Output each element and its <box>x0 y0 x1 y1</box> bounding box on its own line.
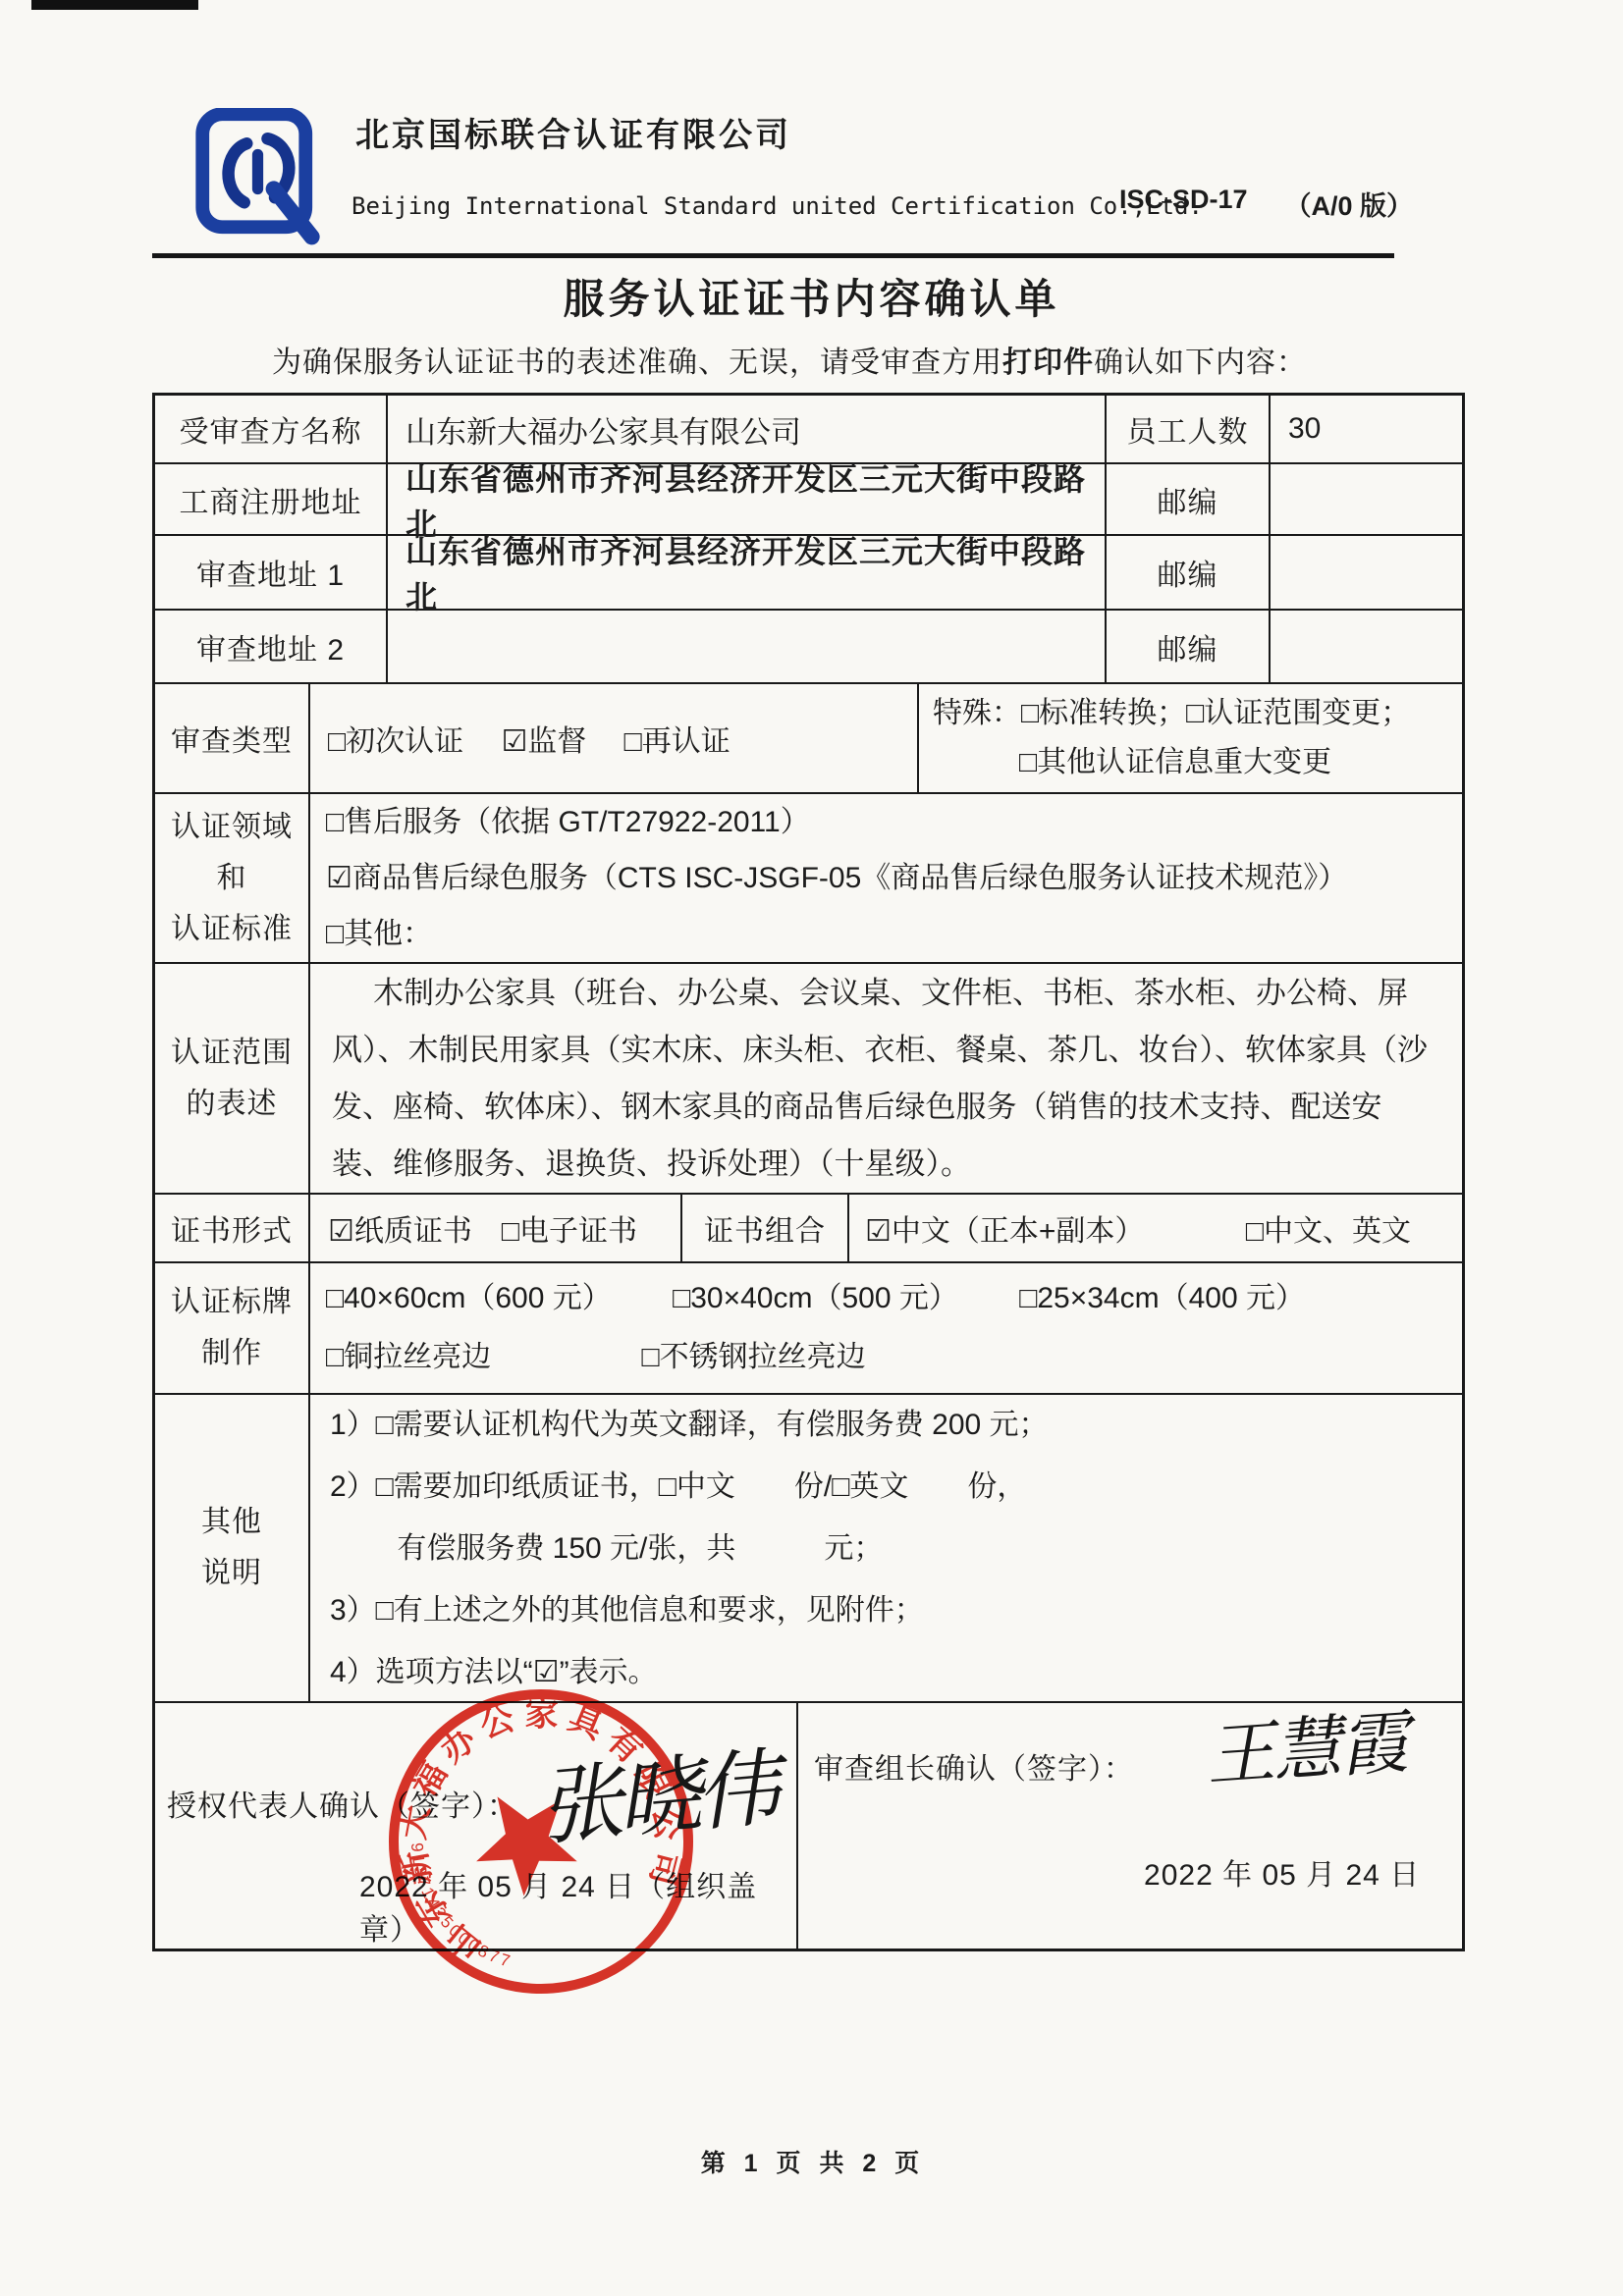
audit-type-checkbox-options: □初次认证 ☑监督 □再认证 <box>308 684 917 792</box>
plate-option-30x40: □30×40cm（500 元） <box>673 1282 958 1314</box>
field-label-registered-address: 工商注册地址 <box>155 464 386 534</box>
audit-type-special-options: 特殊：□标准转换；□认证范围变更； □其他认证信息重大变更 <box>917 684 1462 792</box>
field-label-audit-address-2: 审查地址 2 <box>155 611 386 682</box>
standard-option-other: □其他： <box>326 906 432 962</box>
plate-edge-options: □铜拉丝亮边 □不锈钢拉丝亮边 <box>326 1328 866 1387</box>
company-name-en: Beijing International Standard united Ce… <box>352 192 1203 220</box>
label-line: 说明 <box>201 1548 262 1599</box>
label-line: 其他 <box>201 1497 262 1548</box>
certificate-combo-options: ☑中文（正本+副本） □中文、英文 <box>847 1195 1462 1261</box>
note-line-1: 1）□需要认证机构代为英文翻译，有偿服务费 200 元； <box>330 1394 1049 1456</box>
document-code: ISC-SD-17 （A/0 版） <box>1119 185 1413 223</box>
plate-option-25x34: □25×34cm（400 元） <box>1019 1282 1305 1314</box>
certification-body-logo-icon <box>185 108 336 245</box>
combo-option-chinese: ☑中文（正本+副本） <box>865 1206 1144 1250</box>
table-row-registered-address: 工商注册地址 山东省德州市齐河县经济开发区三元大街中段路北 邮编 <box>155 462 1462 534</box>
field-label-audit-type: 审查类型 <box>155 684 308 792</box>
special-options-line-1: 特殊：□标准转换；□认证范围变更； <box>933 689 1410 738</box>
audit-team-leader-date: 2022 年 05 月 24 日 <box>1144 1850 1420 1894</box>
note-line-3: 有偿服务费 150 元/张，共 元； <box>330 1518 883 1579</box>
intro-pre: 为确保服务认证证书的表述准确、无误，请受审查方用 <box>272 347 1002 379</box>
label-line: 认证范围 <box>171 1028 293 1079</box>
plate-options: □40×60cm（600 元） □30×40cm（500 元） □25×34cm… <box>308 1263 1462 1393</box>
certificate-form-options: ☑纸质证书 □电子证书 <box>308 1195 680 1261</box>
label-line: 认证标牌 <box>171 1277 293 1328</box>
field-label-certificate-combo: 证书组合 <box>680 1195 847 1261</box>
field-value-audit-address-2 <box>386 611 1105 682</box>
certification-standard-options: □售后服务（依据 GT/T27922-2011） ☑商品售后绿色服务（CTS I… <box>308 794 1462 962</box>
field-label-auditee-name: 受审查方名称 <box>155 396 386 462</box>
standard-option-green-service: ☑商品售后绿色服务（CTS ISC-JSGF-05《商品售后绿色服务认证技术规范… <box>326 850 1347 906</box>
field-label-postcode-3: 邮编 <box>1105 611 1269 682</box>
note-line-2: 2）□需要加印纸质证书，□中文 份/□英文 份， <box>330 1456 1026 1518</box>
label-line: 的表述 <box>187 1079 278 1130</box>
doc-version: （A/0 版） <box>1285 185 1414 223</box>
label-line: 认证标准 <box>171 904 293 955</box>
field-value-audit-address-1: 山东省德州市齐河县经济开发区三元大街中段路北 <box>386 536 1105 609</box>
field-value-postcode-2 <box>1269 536 1462 609</box>
doc-code: ISC-SD-17 <box>1119 185 1248 223</box>
field-value-employee-count: 30 <box>1269 396 1462 462</box>
field-label-other-notes: 其他 说明 <box>155 1395 308 1701</box>
field-label-postcode-1: 邮编 <box>1105 464 1269 534</box>
intro-bold: 打印件 <box>1002 347 1094 379</box>
field-value-auditee-name: 山东新大福办公家具有限公司 <box>386 396 1105 462</box>
table-row-plate-making: 认证标牌 制作 □40×60cm（600 元） □30×40cm（500 元） … <box>155 1261 1462 1393</box>
field-label-audit-address-1: 审查地址 1 <box>155 536 386 609</box>
table-row-certification-scope: 认证范围 的表述 木制办公家具（班台、办公桌、会议桌、文件柜、书柜、茶水柜、办公… <box>155 962 1462 1193</box>
plate-option-40x60: □40×60cm（600 元） <box>326 1282 612 1314</box>
field-value-registered-address: 山东省德州市齐河县经济开发区三元大街中段路北 <box>386 464 1105 534</box>
plate-option-copper-edge: □铜拉丝亮边 <box>326 1341 491 1373</box>
page-number: 第 1 页 共 2 页 <box>0 2144 1623 2179</box>
plate-size-options: □40×60cm（600 元） □30×40cm（500 元） □25×34cm… <box>326 1269 1305 1328</box>
header-divider <box>152 253 1394 258</box>
label-line: 和 <box>217 853 247 904</box>
field-label-certificate-form: 证书形式 <box>155 1195 308 1261</box>
authorized-representative-signature: 张晓伟 <box>533 1720 779 1861</box>
page-title: 服务认证证书内容确认单 <box>0 267 1623 326</box>
table-row-certification-field: 认证领域 和 认证标准 □售后服务（依据 GT/T27922-2011） ☑商品… <box>155 792 1462 962</box>
field-label-certification-scope: 认证范围 的表述 <box>155 964 308 1193</box>
label-line: 认证领域 <box>171 802 293 853</box>
table-row-audit-type: 审查类型 □初次认证 ☑监督 □再认证 特殊：□标准转换；□认证范围变更； □其… <box>155 682 1462 792</box>
field-label-employee-count: 员工人数 <box>1105 396 1269 462</box>
standard-option-after-sales: □售后服务（依据 GT/T27922-2011） <box>326 794 810 850</box>
field-value-postcode-1 <box>1269 464 1462 534</box>
field-label-postcode-2: 邮编 <box>1105 536 1269 609</box>
certification-scope-text: 木制办公家具（班台、办公桌、会议桌、文件柜、书柜、茶水柜、办公椅、屏风）、木制民… <box>308 964 1462 1193</box>
special-options-line-2: □其他认证信息重大变更 <box>933 738 1331 787</box>
table-row-audit-address-2: 审查地址 2 邮编 <box>155 609 1462 682</box>
table-row-other-notes: 其他 说明 1）□需要认证机构代为英文翻译，有偿服务费 200 元； 2）□需要… <box>155 1393 1462 1701</box>
field-value-postcode-3 <box>1269 611 1462 682</box>
label-line: 制作 <box>201 1328 262 1379</box>
table-row-auditee-name: 受审查方名称 山东新大福办公家具有限公司 员工人数 30 <box>155 396 1462 462</box>
table-row-audit-address-1: 审查地址 1 山东省德州市齐河县经济开发区三元大街中段路北 邮编 <box>155 534 1462 609</box>
combo-option-bilingual: □中文、英文 <box>1246 1206 1411 1250</box>
table-row-certificate-form: 证书形式 ☑纸质证书 □电子证书 证书组合 ☑中文（正本+副本） □中文、英文 <box>155 1193 1462 1261</box>
company-name-cn: 北京国标联合认证有限公司 <box>355 108 791 156</box>
scan-edge-artifact <box>31 0 198 10</box>
field-label-certification-field: 认证领域 和 认证标准 <box>155 794 308 962</box>
audit-team-leader-signature: 王慧霞 <box>1203 1687 1410 1800</box>
field-label-plate-making: 认证标牌 制作 <box>155 1263 308 1393</box>
intro-post: 确认如下内容： <box>1094 347 1307 379</box>
audit-team-leader-label: 审查组长确认（签字）： <box>814 1744 1134 1788</box>
intro-text: 为确保服务认证证书的表述准确、无误，请受审查方用打印件确认如下内容： <box>272 338 1307 381</box>
plate-option-stainless-edge: □不锈钢拉丝亮边 <box>641 1341 865 1373</box>
